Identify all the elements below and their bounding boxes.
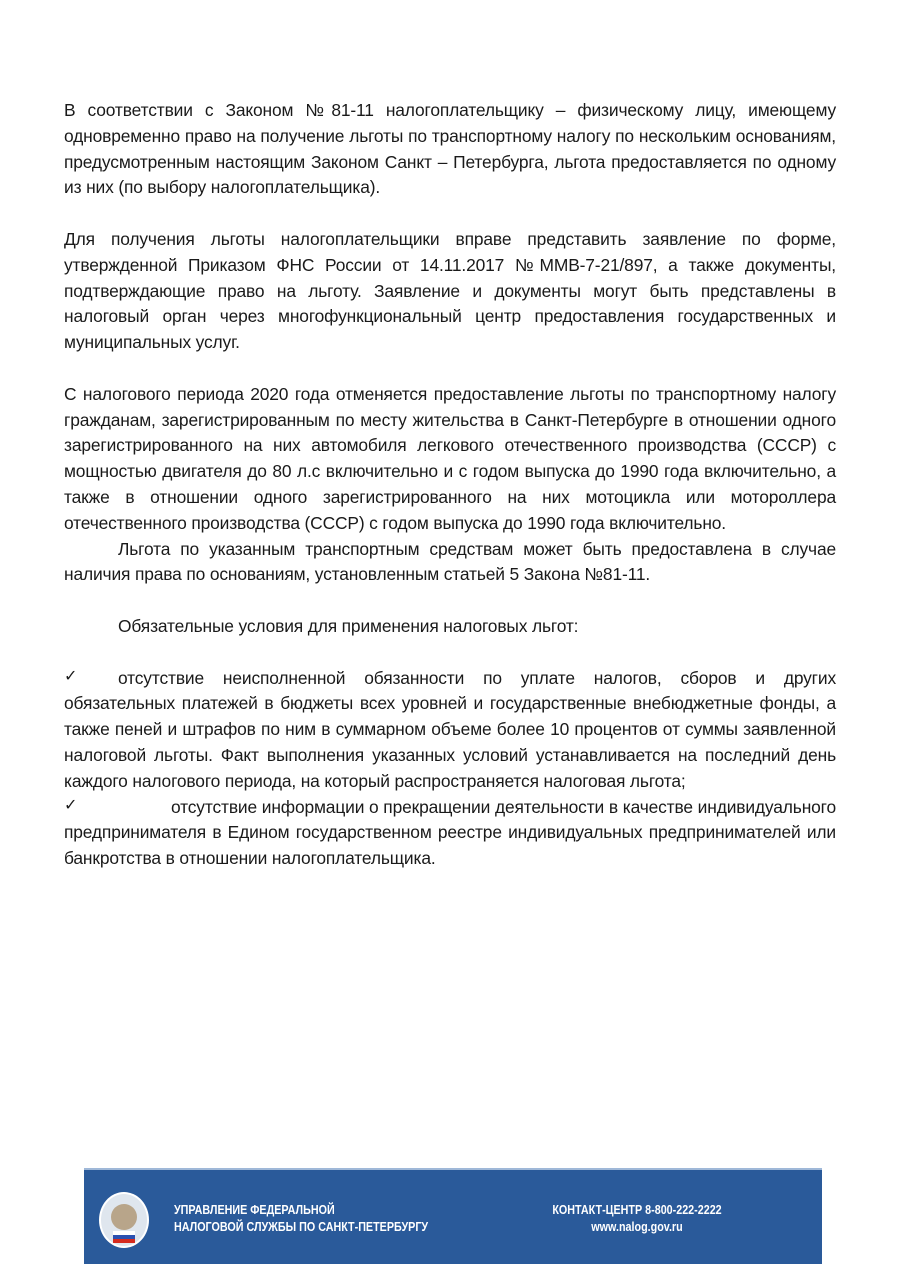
paragraph-application: Для получения льготы налогоплательщики в… xyxy=(64,227,836,356)
paragraph-benefit-choice: В соответствии с Законом №81-11 налогопл… xyxy=(64,98,836,201)
organization-line-2: НАЛОГОВОЙ СЛУЖБЫ ПО САНКТ-ПЕТЕРБУРГУ xyxy=(174,1219,428,1236)
paragraph-benefit-basis: Льгота по указанным транспортным средств… xyxy=(64,537,836,589)
conditions-heading: Обязательные условия для применения нало… xyxy=(64,614,836,640)
contact-info: КОНТАКТ-ЦЕНТР 8-800-222-2222 www.nalog.g… xyxy=(538,1202,736,1236)
contact-center-phone: КОНТАКТ-ЦЕНТР 8-800-222-2222 xyxy=(538,1202,736,1219)
paragraph-2020-change: С налогового периода 2020 года отменяетс… xyxy=(64,382,836,537)
organization-name: УПРАВЛЕНИЕ ФЕДЕРАЛЬНОЙ НАЛОГОВОЙ СЛУЖБЫ … xyxy=(174,1202,428,1236)
organization-line-1: УПРАВЛЕНИЕ ФЕДЕРАЛЬНОЙ xyxy=(174,1202,428,1219)
condition-text: отсутствие информации о прекращении деят… xyxy=(64,795,836,872)
footer-banner: УПРАВЛЕНИЕ ФЕДЕРАЛЬНОЙ НАЛОГОВОЙ СЛУЖБЫ … xyxy=(84,1168,822,1264)
condition-item: ✓ отсутствие информации о прекращении де… xyxy=(64,795,836,872)
condition-text: отсутствие неисполненной обязанности по … xyxy=(64,666,836,795)
fns-emblem-icon xyxy=(99,1192,149,1248)
document-body: В соответствии с Законом №81-11 налогопл… xyxy=(64,98,836,872)
check-icon: ✓ xyxy=(64,795,77,814)
check-icon: ✓ xyxy=(64,666,77,685)
website-link[interactable]: www.nalog.gov.ru xyxy=(538,1219,736,1236)
condition-item: ✓ отсутствие неисполненной обязанности п… xyxy=(64,666,836,795)
